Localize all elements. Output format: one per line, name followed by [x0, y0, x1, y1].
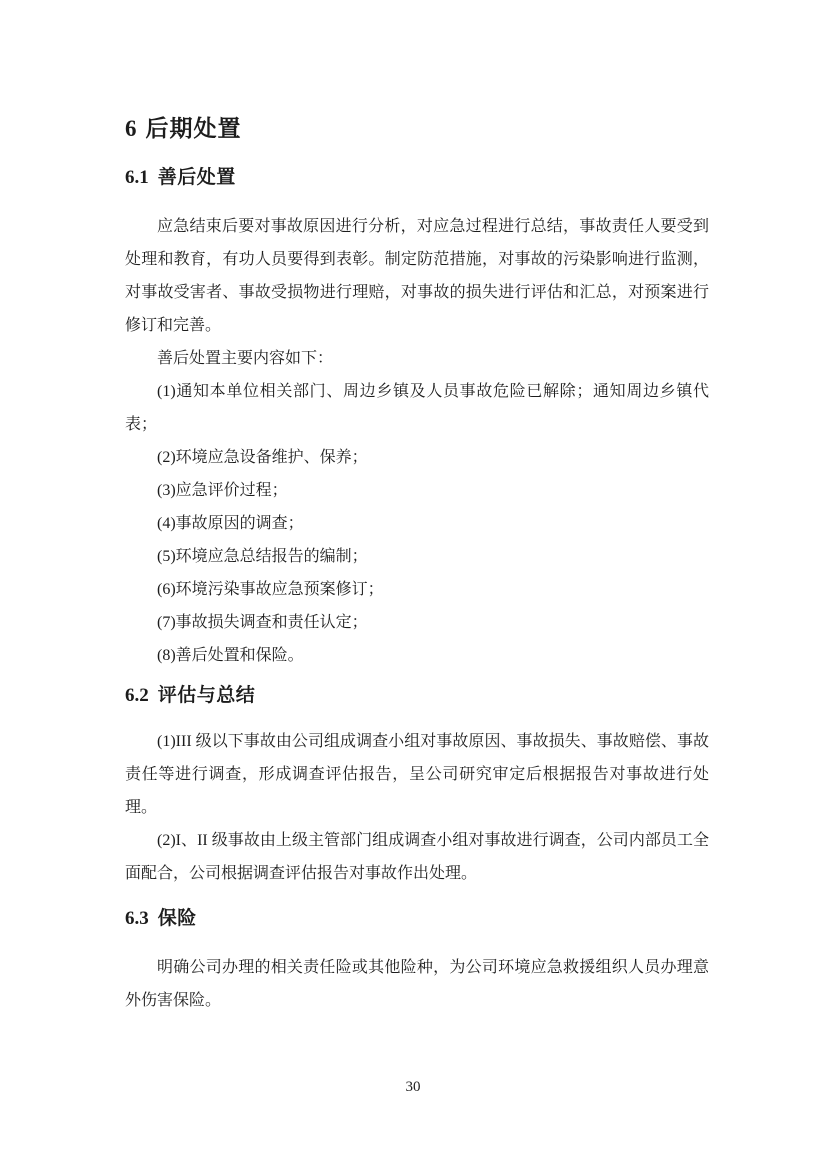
page-number: 30	[0, 1077, 826, 1097]
section-number: 6.1	[125, 167, 149, 188]
section-title: 保险	[158, 908, 197, 929]
section-heading-6-1: 6.1善后处置	[125, 165, 236, 190]
list-item-5: (5)环境应急总结报告的编制；	[125, 540, 709, 573]
list-item-7: (7)事故损失调查和责任认定；	[125, 606, 709, 639]
section-heading-6-2: 6.2评估与总结	[125, 683, 255, 708]
section-title: 善后处置	[158, 167, 236, 188]
section-number: 6.2	[125, 685, 149, 706]
list-item-8: (8)善后处置和保险。	[125, 639, 709, 672]
section-body-6-1: 应急结束后要对事故原因进行分析，对应急过程进行总结，事故责任人要受到处理和教育，…	[125, 210, 709, 672]
chapter-title: 后期处置	[146, 115, 242, 141]
paragraph: (2)I、II 级事故由上级主管部门组成调查小组对事故进行调查，公司内部员工全面…	[125, 824, 709, 890]
section-number: 6.3	[125, 908, 149, 929]
section-body-6-2: (1)III 级以下事故由公司组成调查小组对事故原因、事故损失、事故赔偿、事故责…	[125, 725, 709, 890]
list-item-3: (3)应急评价过程；	[125, 474, 709, 507]
section-body-6-3: 明确公司办理的相关责任险或其他险种，为公司环境应急救援组织人员办理意外伤害保险。	[125, 951, 709, 1017]
paragraph: 明确公司办理的相关责任险或其他险种，为公司环境应急救援组织人员办理意外伤害保险。	[125, 951, 709, 1017]
document-page: 6后期处置 6.1善后处置 应急结束后要对事故原因进行分析，对应急过程进行总结，…	[0, 0, 826, 1169]
list-item-6: (6)环境污染事故应急预案修订；	[125, 573, 709, 606]
section-heading-6-3: 6.3保险	[125, 906, 197, 931]
chapter-number: 6	[125, 116, 137, 141]
paragraph: 善后处置主要内容如下：	[125, 342, 709, 375]
paragraph: (1)III 级以下事故由公司组成调查小组对事故原因、事故损失、事故赔偿、事故责…	[125, 725, 709, 824]
list-item-4: (4)事故原因的调查；	[125, 507, 709, 540]
paragraph: 应急结束后要对事故原因进行分析，对应急过程进行总结，事故责任人要受到处理和教育，…	[125, 210, 709, 342]
section-title: 评估与总结	[158, 685, 256, 706]
chapter-heading: 6后期处置	[125, 113, 242, 144]
list-item-1: (1)通知本单位相关部门、周边乡镇及人员事故危险已解除；通知周边乡镇代表；	[125, 375, 709, 441]
list-item-2: (2)环境应急设备维护、保养；	[125, 441, 709, 474]
